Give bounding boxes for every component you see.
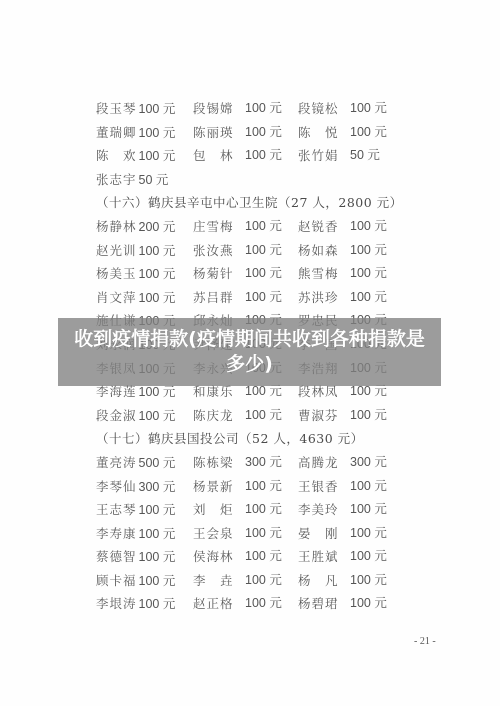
- section-heading: （十六）鹤庆县辛屯中心卫生院（27 人，2800 元）: [96, 191, 416, 215]
- donation-amount: 100 元: [245, 286, 282, 310]
- donation-amount: 300 元: [245, 451, 282, 475]
- donor-entry: 蔡德智100 元: [96, 545, 175, 570]
- donor-row: 杨美玉100 元杨菊针100 元熊雪梅100 元: [96, 262, 416, 286]
- donor-entry: 杨美玉100 元: [96, 262, 175, 287]
- donor-row: 肖文萍100 元苏吕群100 元苏洪珍100 元: [96, 286, 416, 310]
- donation-amount: 100 元: [245, 97, 282, 121]
- donor-entry: 段玉琴100 元: [96, 97, 175, 122]
- donor-entry: 陈 悦100 元: [298, 121, 339, 145]
- donor-entry: 王银香100 元: [298, 475, 339, 499]
- donation-amount: 100 元: [350, 262, 387, 286]
- donation-amount: 100 元: [245, 475, 282, 499]
- donor-entry: 杨菊针100 元: [193, 262, 234, 286]
- donor-name: 苏吕群: [193, 286, 234, 310]
- donor-row: 陈 欢100 元包 林100 元张竹娟50 元: [96, 144, 416, 168]
- donor-name: 段镜松: [298, 97, 339, 121]
- donor-entry: 熊雪梅100 元: [298, 262, 339, 286]
- donation-amount: 100 元: [245, 262, 282, 286]
- donor-name: 李琴仙: [96, 475, 137, 499]
- donation-amount: 300 元: [139, 476, 176, 500]
- donor-name: 张志宇: [96, 168, 137, 192]
- donation-amount: 100 元: [139, 523, 176, 547]
- donor-name: 赵正格: [193, 592, 234, 616]
- donation-amount: 100 元: [350, 239, 387, 263]
- donor-entry: 赵锐香100 元: [298, 215, 339, 239]
- donor-name: 董瑞卿: [96, 121, 137, 145]
- donation-amount: 100 元: [245, 498, 282, 522]
- donor-name: 杨美玉: [96, 262, 137, 286]
- donation-amount: 100 元: [350, 475, 387, 499]
- donor-row: 李寿康100 元王会泉100 元晏 刚100 元: [96, 522, 416, 546]
- donation-amount: 100 元: [139, 546, 176, 570]
- donor-row: 李琴仙300 元杨景新100 元王银香100 元: [96, 475, 416, 499]
- donor-name: 杨菊针: [193, 262, 234, 286]
- donor-entry: 张志宇50 元: [96, 168, 168, 193]
- donor-name: 李美玲: [298, 498, 339, 522]
- donor-entry: 张竹娟50 元: [298, 144, 339, 168]
- section-heading: （十七）鹤庆县国投公司（52 人，4630 元）: [96, 427, 416, 451]
- donor-entry: 陈丽瑛100 元: [193, 121, 234, 145]
- donation-amount: 100 元: [245, 215, 282, 239]
- donation-amount: 100 元: [350, 569, 387, 593]
- donation-amount: 50 元: [350, 144, 380, 168]
- donor-entry: 杨静林200 元: [96, 215, 175, 240]
- donor-name: 李 垚: [193, 569, 234, 593]
- donor-name: 杨如森: [298, 239, 339, 263]
- donor-entry: 陈 欢100 元: [96, 144, 175, 169]
- donation-amount: 100 元: [350, 121, 387, 145]
- donor-name: 侯海林: [193, 545, 234, 569]
- donation-amount: 100 元: [245, 404, 282, 428]
- donor-entry: 李 垚100 元: [193, 569, 234, 593]
- donation-amount: 100 元: [350, 215, 387, 239]
- donor-name: 高腾龙: [298, 451, 339, 475]
- donor-entry: 李寿康100 元: [96, 522, 175, 547]
- donor-name: 陈 悦: [298, 121, 339, 145]
- donor-name: 曹淑芬: [298, 404, 339, 428]
- donor-name: 赵锐香: [298, 215, 339, 239]
- donor-name: 王志琴: [96, 498, 137, 522]
- donor-name: 陈庆龙: [193, 404, 234, 428]
- donor-entry: 高腾龙300 元: [298, 451, 339, 475]
- donor-name: 蔡德智: [96, 545, 137, 569]
- donor-entry: 晏 刚100 元: [298, 522, 339, 546]
- donor-name: 陈 欢: [96, 144, 137, 168]
- donor-name: 陈栋梁: [193, 451, 234, 475]
- donation-amount: 100 元: [245, 522, 282, 546]
- donation-amount: 100 元: [139, 240, 176, 264]
- donation-amount: 100 元: [139, 122, 176, 146]
- donor-name: 张汝燕: [193, 239, 234, 263]
- donor-name: 段锡嫦: [193, 97, 234, 121]
- donor-name: 肖文萍: [96, 286, 137, 310]
- donor-entry: 王胜斌100 元: [298, 545, 339, 569]
- donation-amount: 50 元: [139, 169, 169, 193]
- donor-row: 董亮涛500 元陈栋梁300 元高腾龙300 元: [96, 451, 416, 475]
- donor-row: 杨静林200 元庄雪梅100 元赵锐香100 元: [96, 215, 416, 239]
- donation-amount: 100 元: [350, 592, 387, 616]
- donor-row: 赵光训100 元张汝燕100 元杨如森100 元: [96, 239, 416, 263]
- donor-name: 苏洪珍: [298, 286, 339, 310]
- donation-amount: 100 元: [245, 545, 282, 569]
- donor-name: 晏 刚: [298, 522, 339, 546]
- donation-amount: 100 元: [350, 498, 387, 522]
- donation-amount: 100 元: [245, 121, 282, 145]
- donor-entry: 董亮涛500 元: [96, 451, 175, 476]
- overlay-title: 收到疫情捐款(疫情期间共收到各种捐款是多少): [58, 327, 441, 377]
- donor-row: 顾卡福100 元李 垚100 元杨 凡100 元: [96, 569, 416, 593]
- donor-name: 董亮涛: [96, 451, 137, 475]
- donor-entry: 张汝燕100 元: [193, 239, 234, 263]
- donor-name: 王胜斌: [298, 545, 339, 569]
- donation-amount: 300 元: [350, 451, 387, 475]
- donor-name: 王会泉: [193, 522, 234, 546]
- donor-entry: 杨 凡100 元: [298, 569, 339, 593]
- donation-amount: 100 元: [245, 592, 282, 616]
- donor-entry: 李垠涛100 元: [96, 592, 175, 617]
- donor-name: 熊雪梅: [298, 262, 339, 286]
- donor-row: 王志琴100 元刘 炬100 元李美玲100 元: [96, 498, 416, 522]
- title-overlay-banner: 收到疫情捐款(疫情期间共收到各种捐款是多少): [58, 318, 441, 386]
- donation-amount: 100 元: [350, 522, 387, 546]
- donation-amount: 100 元: [139, 287, 176, 311]
- donation-amount: 100 元: [139, 98, 176, 122]
- donor-entry: 杨碧珺100 元: [298, 592, 339, 616]
- donor-name: 包 林: [193, 144, 234, 168]
- donor-entry: 苏吕群100 元: [193, 286, 234, 310]
- donation-amount: 100 元: [139, 570, 176, 594]
- donor-entry: 赵正格100 元: [193, 592, 234, 616]
- donor-name: 刘 炬: [193, 498, 234, 522]
- donor-entry: 刘 炬100 元: [193, 498, 234, 522]
- donor-name: 张竹娟: [298, 144, 339, 168]
- donor-entry: 肖文萍100 元: [96, 286, 175, 311]
- donor-name: 杨碧珺: [298, 592, 339, 616]
- donor-name: 段玉琴: [96, 97, 137, 121]
- donor-row: 董瑞卿100 元陈丽瑛100 元陈 悦100 元: [96, 121, 416, 145]
- page-number: - 21 -: [414, 636, 436, 647]
- donor-name: 李寿康: [96, 522, 137, 546]
- donation-amount: 100 元: [139, 405, 176, 429]
- donor-row: 段玉琴100 元段锡嫦100 元段镜松100 元: [96, 97, 416, 121]
- donation-amount: 100 元: [245, 239, 282, 263]
- donor-entry: 段锡嫦100 元: [193, 97, 234, 121]
- donation-amount: 100 元: [139, 499, 176, 523]
- donation-amount: 100 元: [139, 593, 176, 617]
- donor-entry: 陈庆龙100 元: [193, 404, 234, 428]
- donor-entry: 王志琴100 元: [96, 498, 175, 523]
- donor-name: 庄雪梅: [193, 215, 234, 239]
- donor-entry: 李美玲100 元: [298, 498, 339, 522]
- donation-amount: 200 元: [139, 216, 176, 240]
- donation-amount: 100 元: [245, 569, 282, 593]
- donor-name: 王银香: [298, 475, 339, 499]
- donor-name: 陈丽瑛: [193, 121, 234, 145]
- donor-row: 张志宇50 元: [96, 168, 416, 192]
- donation-amount: 100 元: [245, 144, 282, 168]
- donor-row: 蔡德智100 元侯海林100 元王胜斌100 元: [96, 545, 416, 569]
- donor-name: 李垠涛: [96, 592, 137, 616]
- donor-entry: 段镜松100 元: [298, 97, 339, 121]
- donor-row: 李垠涛100 元赵正格100 元杨碧珺100 元: [96, 592, 416, 616]
- donor-entry: 段金淑100 元: [96, 404, 175, 429]
- donation-amount: 100 元: [139, 145, 176, 169]
- donation-amount: 100 元: [139, 263, 176, 287]
- donation-amount: 100 元: [350, 97, 387, 121]
- donation-amount: 100 元: [350, 286, 387, 310]
- donor-entry: 顾卡福100 元: [96, 569, 175, 594]
- donor-row: 段金淑100 元陈庆龙100 元曹淑芬100 元: [96, 404, 416, 428]
- donor-name: 杨景新: [193, 475, 234, 499]
- donor-entry: 包 林100 元: [193, 144, 234, 168]
- donor-name: 顾卡福: [96, 569, 137, 593]
- donor-name: 杨 凡: [298, 569, 339, 593]
- donor-entry: 赵光训100 元: [96, 239, 175, 264]
- donor-name: 赵光训: [96, 239, 137, 263]
- donation-amount: 100 元: [350, 404, 387, 428]
- donor-entry: 杨景新100 元: [193, 475, 234, 499]
- donor-entry: 苏洪珍100 元: [298, 286, 339, 310]
- donor-name: 段金淑: [96, 404, 137, 428]
- donation-amount: 100 元: [350, 545, 387, 569]
- donor-entry: 曹淑芬100 元: [298, 404, 339, 428]
- donor-entry: 杨如森100 元: [298, 239, 339, 263]
- donor-entry: 侯海林100 元: [193, 545, 234, 569]
- donor-entry: 王会泉100 元: [193, 522, 234, 546]
- donor-entry: 陈栋梁300 元: [193, 451, 234, 475]
- donor-name: 杨静林: [96, 215, 137, 239]
- donor-entry: 董瑞卿100 元: [96, 121, 175, 146]
- donor-entry: 李琴仙300 元: [96, 475, 175, 500]
- donor-entry: 庄雪梅100 元: [193, 215, 234, 239]
- donation-amount: 500 元: [139, 452, 176, 476]
